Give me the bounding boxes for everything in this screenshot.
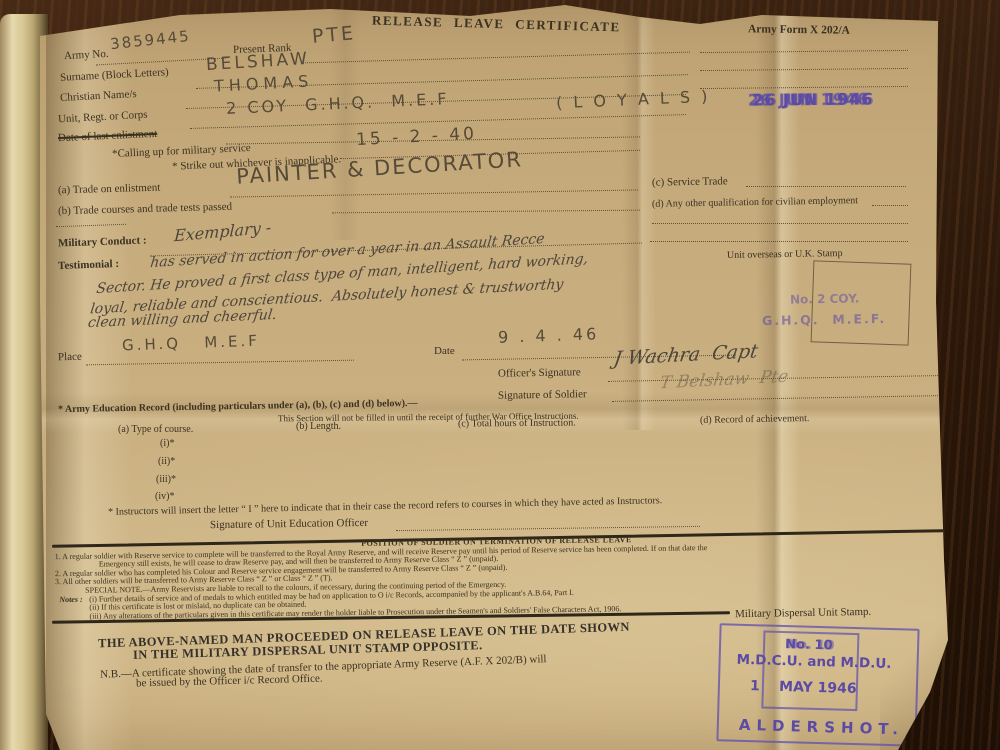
trade-courses-label: (b) Trade courses and trade tests passed (58, 201, 232, 218)
surname-label: Surname (Block Letters) (60, 66, 169, 84)
dispersal-stamp-label: Military Dispersal Unit Stamp. (735, 606, 871, 620)
christian-name-label: Christian Name/s (60, 88, 137, 104)
date-of-enlistment-label: Date of last enlistment (58, 128, 158, 144)
mdu-stamp-date: 1 MAY 1946 (750, 678, 857, 697)
christian-name-value: THOMAS (214, 71, 314, 95)
dotted-line (872, 204, 908, 206)
form-number: Army Form X 202/A (748, 23, 850, 36)
form-title: RELEASE LEAVE CERTIFICATE (372, 13, 621, 36)
place-value: G.H.Q M.E.F (122, 332, 260, 355)
date-value: 9 . 4 . 46 (498, 324, 600, 347)
dotted-line (700, 49, 908, 53)
education-row-iv: (iv)* (155, 491, 174, 502)
dotted-line (86, 359, 354, 366)
other-qualification-label: (d) Any other qualification for civilian… (652, 195, 858, 210)
notes-label: Notes : (55, 595, 89, 621)
instructors-note: * Instructors will insert the letter “ I… (108, 495, 662, 518)
mdu-stamp-number: No. 10 (785, 637, 833, 653)
testimonial-label: Testimonial : (58, 258, 119, 272)
unit-label: Unit, Regt. or Corps (58, 109, 148, 126)
date-received-stamp: 26 JUN 1946 (752, 89, 873, 109)
present-rank-value: PTE (311, 22, 357, 48)
dotted-line (612, 394, 942, 402)
unit-overseas-stamp-line2: G.H.Q. M.E.F. (762, 311, 886, 328)
unit-overseas-stamp-line1: No. 2 COY. (790, 291, 860, 306)
army-no-label: Army No. (64, 48, 109, 62)
education-row-iii: (iii)* (156, 474, 176, 485)
mdu-stamp: No. 10 M.D.C.U. and M.D.U. 1 MAY 1946 AL… (716, 623, 919, 747)
place-label: Place (58, 351, 82, 363)
surname-value: BELSHAW (205, 49, 310, 75)
military-conduct-label: Military Conduct : (58, 234, 147, 249)
unit-value-2: ( L O Y A L S ) (556, 87, 711, 113)
dotted-line (700, 67, 908, 71)
dotted-line (332, 209, 640, 214)
certificate-paper: RELEASE LEAVE CERTIFICATE Army Form X 20… (0, 0, 1000, 750)
education-row-ii: (ii)* (158, 456, 175, 467)
soldier-signature-label: Signature of Soldier (498, 388, 587, 402)
calling-up-value: 15 - 2 - 40 (356, 124, 478, 150)
dotted-line (700, 85, 908, 89)
unit-overseas-stamp-label: Unit overseas or U.K. Stamp (727, 248, 843, 261)
dotted-line (56, 223, 126, 227)
unit-value: 2 COY G.H.Q. M.E.F (226, 89, 450, 118)
date-label: Date (434, 345, 455, 357)
army-no-value: 3859445 (109, 27, 191, 53)
education-col-c: (c) Total hours of Instruction. (458, 417, 576, 429)
dotted-line (652, 222, 908, 224)
service-trade-label: (c) Service Trade (652, 175, 728, 188)
dotted-line (746, 185, 906, 187)
dotted-line (650, 240, 908, 242)
officer-signature-value: J Wachra Capt (612, 340, 759, 370)
officer-signature-label: Officer's Signature (498, 366, 581, 379)
education-col-b: (b) Length. (296, 421, 341, 432)
dotted-line (302, 51, 690, 64)
edu-officer-signature-label: Signature of Unit Education Officer (210, 517, 368, 531)
education-col-d: (d) Record of achievement. (700, 413, 810, 426)
education-row-i: (i)* (160, 438, 174, 449)
trade-on-enlistment-value: PAINTER & DECORATOR (236, 147, 524, 188)
education-col-a: (a) Type of course. (118, 424, 193, 435)
soldier-signature-value: T Belshaw Pte (658, 367, 789, 394)
trade-on-enlistment-label: (a) Trade on enlistment (58, 182, 161, 197)
dotted-line (396, 525, 700, 531)
dotted-line (230, 188, 638, 197)
military-conduct-value: Exemplary - (174, 218, 272, 246)
